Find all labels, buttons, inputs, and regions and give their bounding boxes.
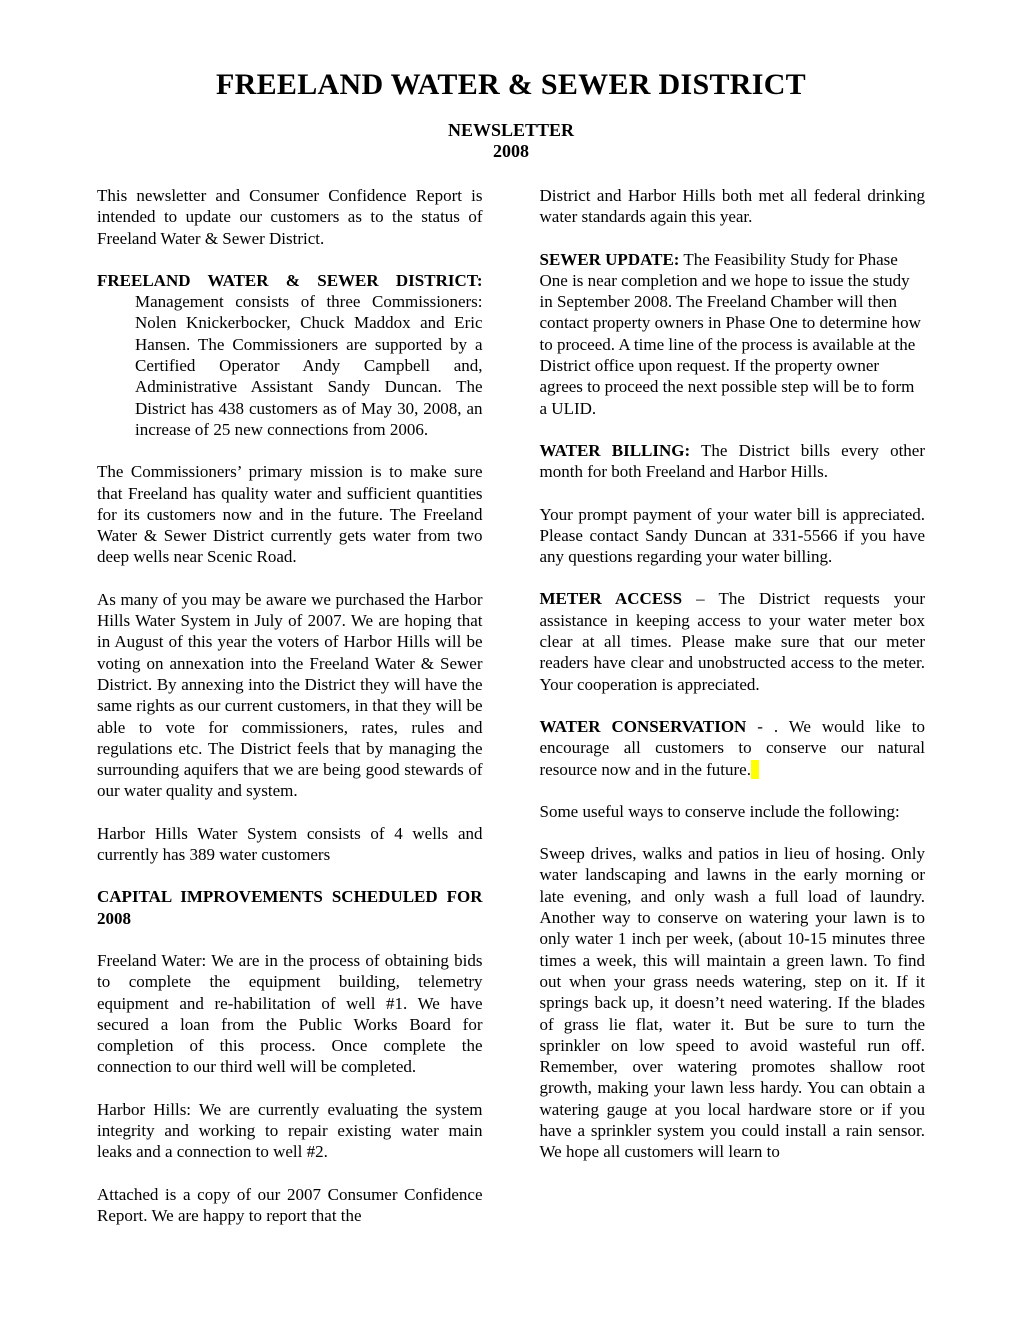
district-management-lead: FREELAND WATER & SEWER DISTRICT: bbox=[97, 271, 483, 290]
newsletter-label: NEWSLETTER bbox=[97, 120, 925, 141]
right-column: District and Harbor Hills both met all f… bbox=[540, 185, 926, 1247]
left-column: This newsletter and Consumer Confidence … bbox=[97, 185, 483, 1247]
harbor-hills-annexation-paragraph: As many of you may be aware we purchased… bbox=[97, 589, 483, 802]
water-conservation-paragraph: WATER CONSERVATION - . We would like to … bbox=[540, 716, 926, 780]
meter-access-paragraph: METER ACCESS – The District requests you… bbox=[540, 588, 926, 694]
page-title: FREELAND WATER & SEWER DISTRICT bbox=[97, 66, 925, 104]
district-management-paragraph: FREELAND WATER & SEWER DISTRICT: Managem… bbox=[97, 270, 483, 440]
meter-access-lead: METER ACCESS bbox=[540, 589, 683, 608]
commissioners-mission-paragraph: The Commissioners’ primary mission is to… bbox=[97, 461, 483, 567]
newsletter-year: 2008 bbox=[97, 141, 925, 162]
conservation-tips-paragraph: Sweep drives, walks and patios in lieu o… bbox=[540, 843, 926, 1162]
capital-improvements-heading: CAPITAL IMPROVEMENTS SCHEDULED FOR 2008 bbox=[97, 886, 483, 929]
water-conservation-lead: WATER CONSERVATION bbox=[540, 717, 747, 736]
district-management-text: Management consists of three Commissione… bbox=[135, 292, 483, 439]
yellow-highlight-mark bbox=[751, 760, 759, 779]
federal-standards-paragraph: District and Harbor Hills both met all f… bbox=[540, 185, 926, 228]
water-billing-lead: WATER BILLING: bbox=[540, 441, 691, 460]
prompt-payment-paragraph: Your prompt payment of your water bill i… bbox=[540, 504, 926, 568]
two-column-body: This newsletter and Consumer Confidence … bbox=[97, 185, 925, 1247]
sewer-update-text: The Feasibility Study for Phase One is n… bbox=[540, 250, 921, 418]
sewer-update-paragraph: SEWER UPDATE: The Feasibility Study for … bbox=[540, 249, 926, 419]
sewer-update-lead: SEWER UPDATE: bbox=[540, 250, 680, 269]
consumer-confidence-report-paragraph: Attached is a copy of our 2007 Consumer … bbox=[97, 1184, 483, 1227]
newsletter-page: FREELAND WATER & SEWER DISTRICT NEWSLETT… bbox=[0, 0, 1020, 1320]
intro-paragraph: This newsletter and Consumer Confidence … bbox=[97, 185, 483, 249]
water-billing-paragraph: WATER BILLING: The District bills every … bbox=[540, 440, 926, 483]
harbor-hills-system-paragraph: Harbor Hills Water System consists of 4 … bbox=[97, 823, 483, 866]
harbor-hills-improvements-paragraph: Harbor Hills: We are currently evaluatin… bbox=[97, 1099, 483, 1163]
conserve-intro-paragraph: Some useful ways to conserve include the… bbox=[540, 801, 926, 822]
freeland-water-improvements-paragraph: Freeland Water: We are in the process of… bbox=[97, 950, 483, 1078]
